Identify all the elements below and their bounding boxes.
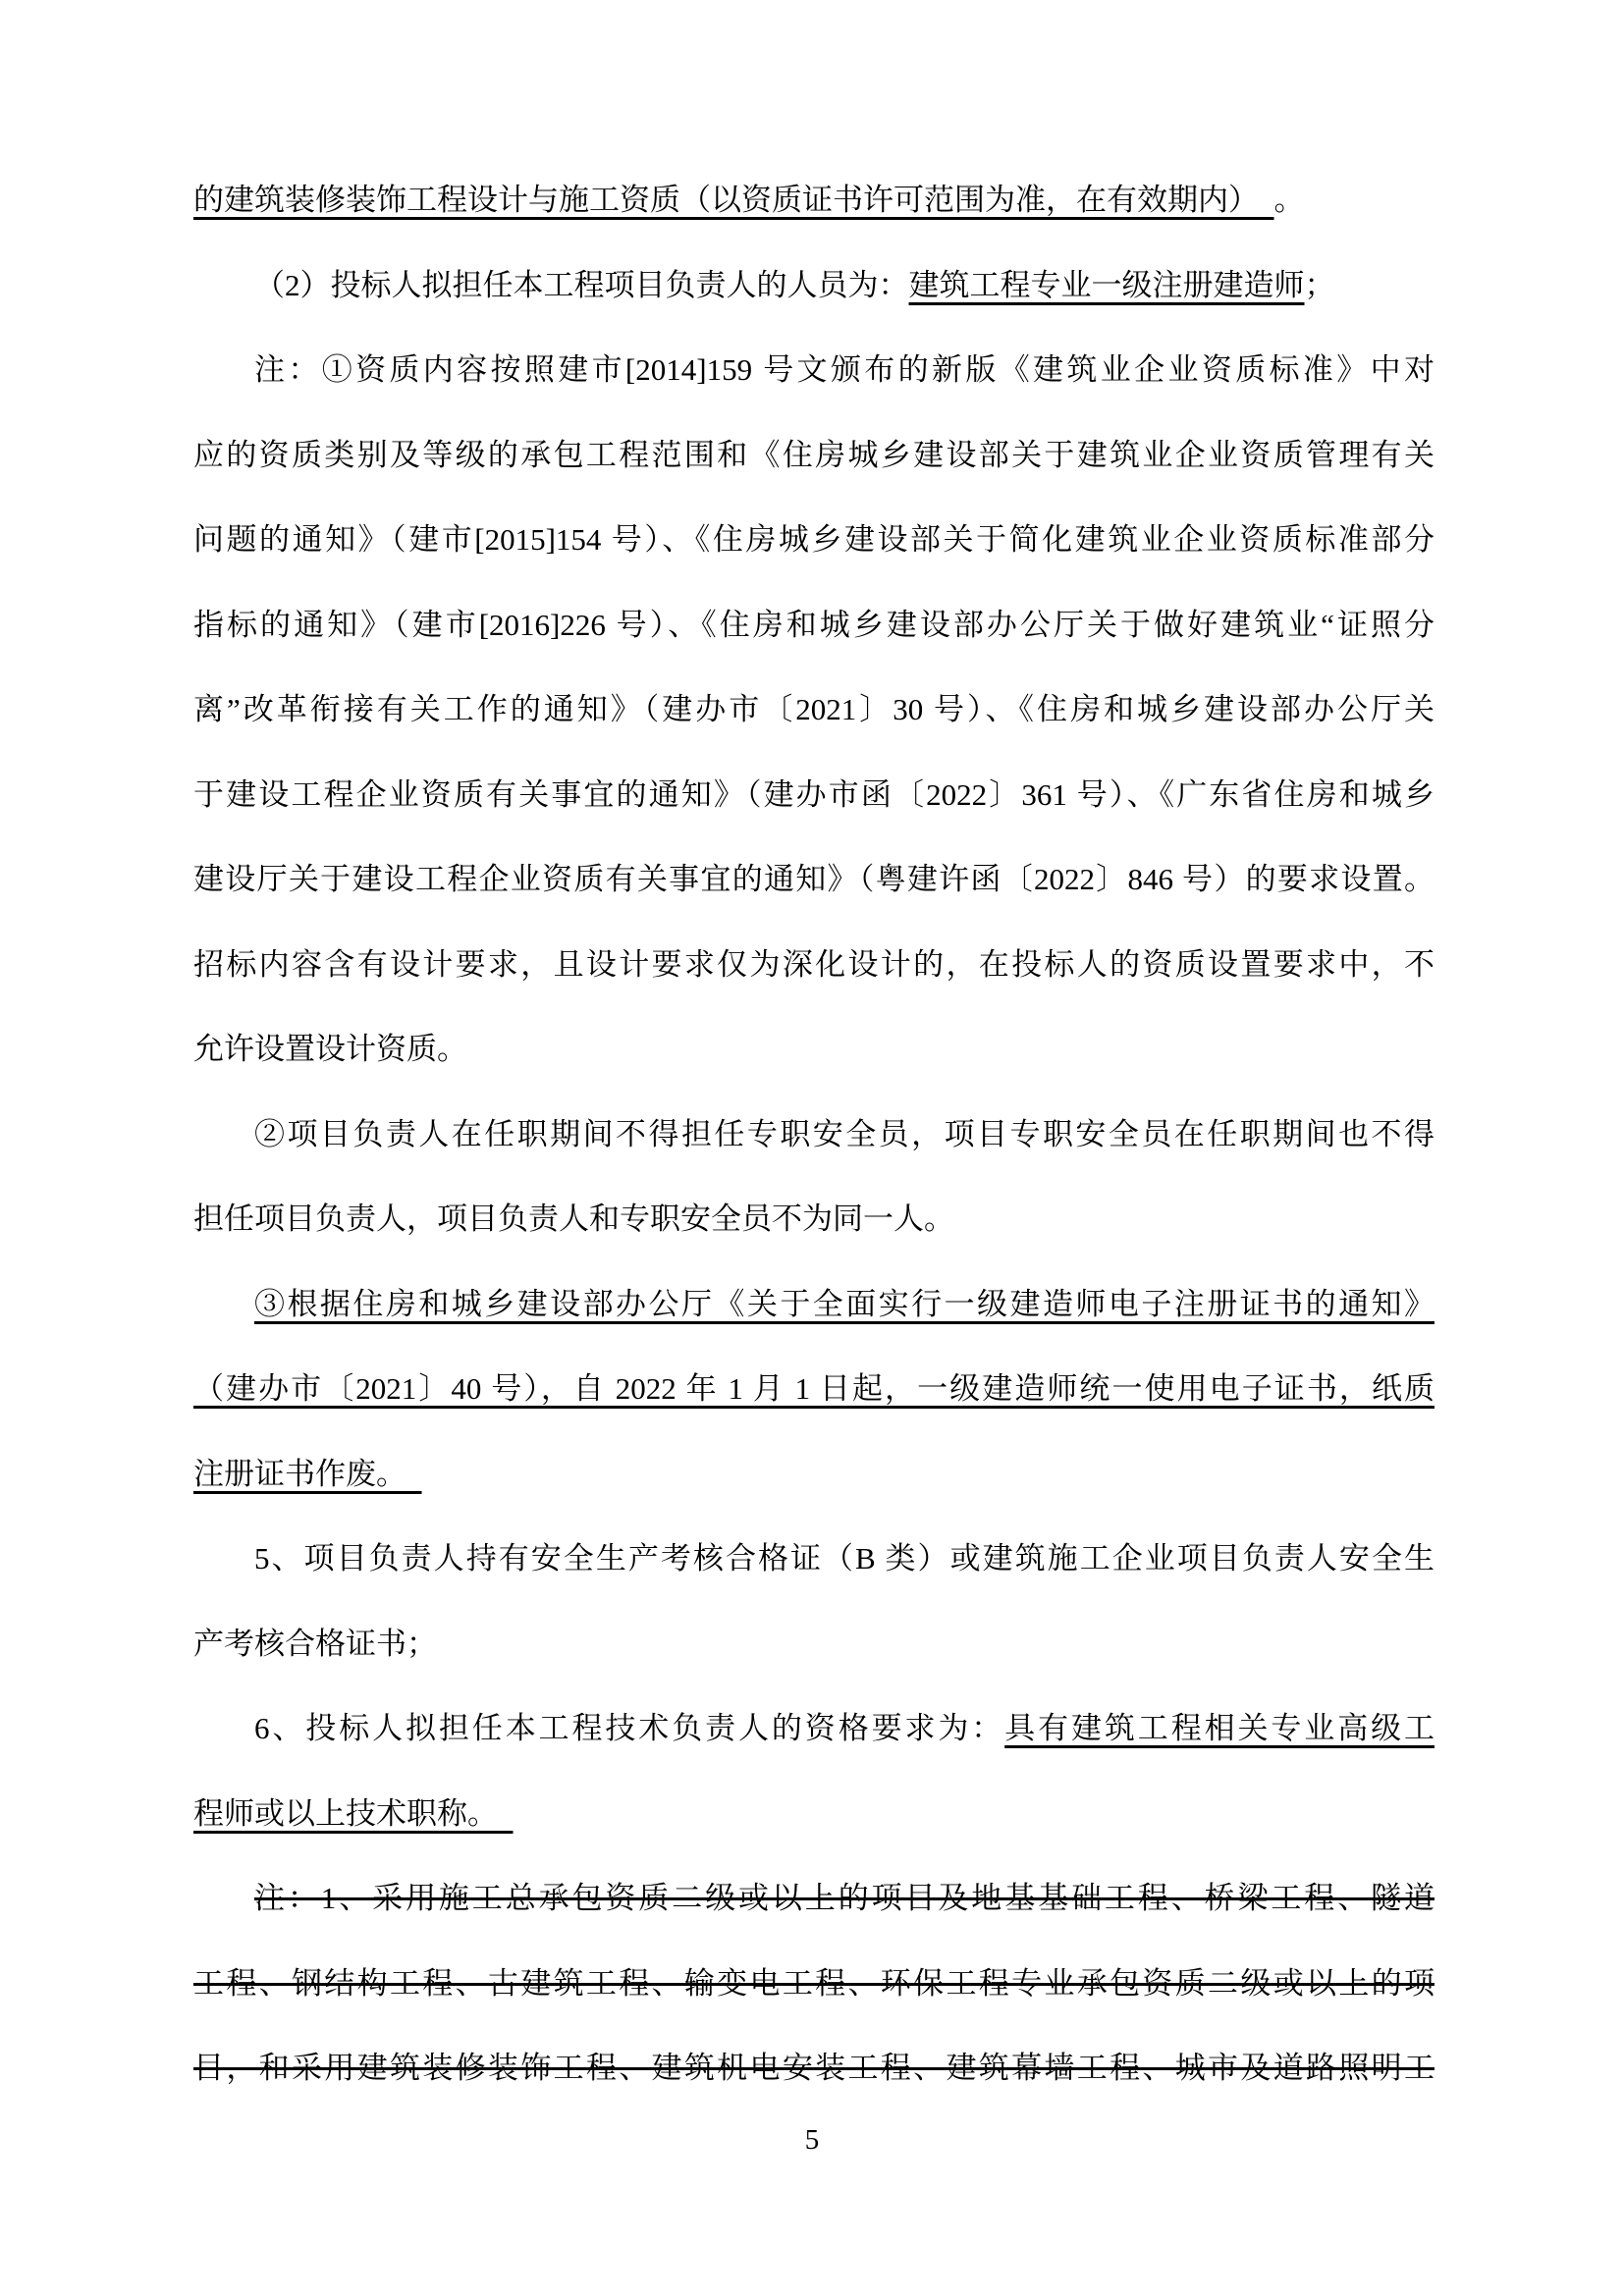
text-segment: 担任项目负责人，项目负责人和专职安全员不为同一人。 (193, 1201, 954, 1236)
strikethrough-text: 工程、钢结构工程、古建筑工程、输变电工程、环保工程专业承包资质二级或以上的项 (193, 1966, 1435, 2001)
strikethrough-text: 注：1、采用施工总承包资质二级或以上的项目及地基基础工程、桥梁工程、隧道 (254, 1881, 1435, 1915)
text-line: 6、投标人拟担任本工程技术负责人的资格要求为：具有建筑工程相关专业高级工 (193, 1686, 1435, 1772)
underlined-text: ③根据住房和城乡建设部办公厅《关于全面实行一级建造师电子注册证书的通知》 (254, 1287, 1435, 1321)
underlined-text: 的建筑装修装饰工程设计与施工资质（以资质证书许可范围为准，在有效期内） (193, 183, 1274, 217)
text-line: （建办市〔2021〕40 号），自 2022 年 1 月 1 日起，一级建造师统… (193, 1347, 1435, 1432)
text-segment: ②项目负责人在任职期间不得担任专职安全员，项目专职安全员在任职期间也不得 (254, 1117, 1435, 1151)
text-line: ③根据住房和城乡建设部办公厅《关于全面实行一级建造师电子注册证书的通知》 (193, 1262, 1435, 1348)
text-line: 离”改革衔接有关工作的通知》（建办市〔2021〕30 号）、《住房和城乡建设部办… (193, 667, 1435, 753)
text-segment: （2）投标人拟担任本工程项目负责人的人员为： (254, 268, 909, 302)
text-line: 注册证书作废。 (193, 1432, 1435, 1518)
text-line: （2）投标人拟担任本工程项目负责人的人员为：建筑工程专业一级注册建造师； (193, 243, 1435, 329)
page-number: 5 (0, 2120, 1624, 2160)
underlined-text: 具有建筑工程相关专业高级工 (1004, 1711, 1435, 1745)
text-segment: 。 (1274, 183, 1305, 217)
text-line: 建设厅关于建设工程企业资质有关事宜的通知》（粤建许函〔2022〕846 号）的要… (193, 837, 1435, 923)
text-line: 程师或以上技术职称。 (193, 1772, 1435, 1857)
text-line: 工程、钢结构工程、古建筑工程、输变电工程、环保工程专业承包资质二级或以上的项 (193, 1942, 1435, 2027)
text-line: 问题的通知》（建市[2015]154 号）、《住房城乡建设部关于简化建筑业企业资… (193, 498, 1435, 583)
text-segment: 离”改革衔接有关工作的通知》（建办市〔2021〕30 号）、《住房和城乡建设部办… (193, 692, 1435, 726)
text-line: 产考核合格证书； (193, 1602, 1435, 1687)
text-segment: 5、项目负责人持有安全生产考核合格证（B 类）或建筑施工企业项目负责人安全生 (254, 1541, 1435, 1575)
text-line: 5、项目负责人持有安全生产考核合格证（B 类）或建筑施工企业项目负责人安全生 (193, 1517, 1435, 1602)
text-line: 于建设工程企业资质有关事宜的通知》（建办市函〔2022〕361 号）、《广东省住… (193, 753, 1435, 838)
text-line: 的建筑装修装饰工程设计与施工资质（以资质证书许可范围为准，在有效期内） 。 (193, 158, 1435, 243)
strikethrough-text: 目，和采用建筑装修装饰工程、建筑机电安装工程、建筑幕墙工程、城市及道路照明工 (193, 2051, 1435, 2085)
text-line: 担任项目负责人，项目负责人和专职安全员不为同一人。 (193, 1177, 1435, 1262)
text-line: 应的资质类别及等级的承包工程范围和《住房城乡建设部关于建筑业企业资质管理有关 (193, 413, 1435, 499)
text-line: 注：①资质内容按照建市[2014]159 号文颁布的新版《建筑业企业资质标准》中… (193, 328, 1435, 413)
text-segment: 指标的通知》（建市[2016]226 号）、《住房和城乡建设部办公厅关于做好建筑… (193, 608, 1435, 642)
underlined-text: 建筑工程专业一级注册建造师 (909, 268, 1305, 302)
text-segment: 产考核合格证书； (193, 1627, 437, 1661)
text-segment: 允许设置设计资质。 (193, 1032, 467, 1066)
underlined-text: 注册证书作废。 (193, 1457, 422, 1491)
text-line: 指标的通知》（建市[2016]226 号）、《住房和城乡建设部办公厅关于做好建筑… (193, 583, 1435, 668)
text-line: ②项目负责人在任职期间不得担任专职安全员，项目专职安全员在任职期间也不得 (193, 1093, 1435, 1178)
text-segment: 注：①资质内容按照建市[2014]159 号文颁布的新版《建筑业企业资质标准》中… (254, 352, 1435, 387)
text-segment: 于建设工程企业资质有关事宜的通知》（建办市函〔2022〕361 号）、《广东省住… (193, 777, 1435, 812)
text-segment: 问题的通知》（建市[2015]154 号）、《住房城乡建设部关于简化建筑业企业资… (193, 522, 1435, 557)
text-line: 招标内容含有设计要求，且设计要求仅为深化设计的，在投标人的资质设置要求中，不 (193, 923, 1435, 1008)
underlined-text: 程师或以上技术职称。 (193, 1796, 514, 1831)
text-line: 允许设置设计资质。 (193, 1007, 1435, 1093)
text-line: 目，和采用建筑装修装饰工程、建筑机电安装工程、建筑幕墙工程、城市及道路照明工 (193, 2026, 1435, 2111)
text-segment: 招标内容含有设计要求，且设计要求仅为深化设计的，在投标人的资质设置要求中，不 (193, 947, 1435, 982)
text-segment: 建设厅关于建设工程企业资质有关事宜的通知》（粤建许函〔2022〕846 号）的要… (193, 862, 1435, 896)
text-segment: ； (1305, 268, 1335, 302)
document-page: 的建筑装修装饰工程设计与施工资质（以资质证书许可范围为准，在有效期内） 。 （2… (0, 0, 1624, 2296)
text-line: 注：1、采用施工总承包资质二级或以上的项目及地基基础工程、桥梁工程、隧道 (193, 1856, 1435, 1942)
text-segment: 应的资质类别及等级的承包工程范围和《住房城乡建设部关于建筑业企业资质管理有关 (193, 438, 1435, 472)
underlined-text: （建办市〔2021〕40 号），自 2022 年 1 月 1 日起，一级建造师统… (193, 1371, 1435, 1406)
text-segment: 6、投标人拟担任本工程技术负责人的资格要求为： (254, 1711, 1004, 1745)
document-body: 的建筑装修装饰工程设计与施工资质（以资质证书许可范围为准，在有效期内） 。 （2… (193, 158, 1435, 2111)
